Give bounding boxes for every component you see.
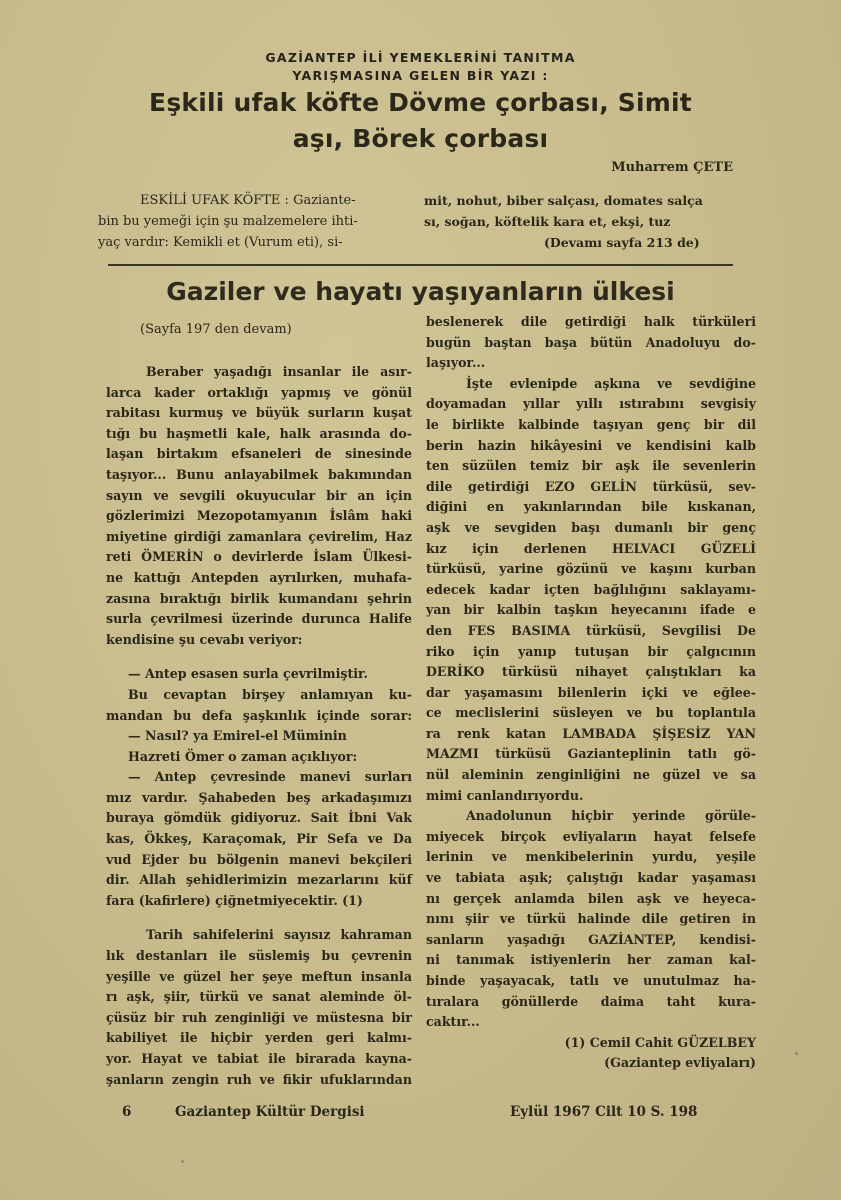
text-line: miyetine girdiği zamanlara çevirelim, Ha…: [106, 527, 412, 548]
text-line: mız vardır. Şahabeden beş arkadaşımızı: [106, 788, 412, 809]
article-left-column: Beraber yaşadığı insanlar ile asır-larca…: [106, 362, 412, 1090]
text-line: (1) Cemil Cahit GÜZELBEY: [426, 1033, 756, 1054]
text-line: mandan bu defa şaşkınlık içinde sorar:: [106, 706, 412, 727]
headline-line-1: Eşkili ufak köfte Dövme çorbası, Simit: [0, 88, 841, 117]
text-line: edecek kadar içten bağlılığını saklayamı…: [426, 580, 756, 601]
text-line: reti ÖMERİN o devirlerde İslam Ülkesi-: [106, 547, 412, 568]
text-line: taşıyor... Bunu anlayabilmek bakımından: [106, 465, 412, 486]
kicker-line-2: YARIŞMASINA GELEN BİR YAZI :: [0, 68, 841, 83]
text-line: larca kader ortaklığı yapmış ve gönül: [106, 383, 412, 404]
text-line: türküsü, yarine gözünü ve kaşını kurban: [426, 559, 756, 580]
text-line: Bu cevaptan birşey anlamıyan ku-: [106, 685, 412, 706]
text-line: dir. Allah şehidlerimizin mezarlarını kü…: [106, 870, 412, 891]
text-line: miyecek birçok evliyaların hayat felsefe: [426, 827, 756, 848]
text-line: kız için derlenen HELVACI GÜZELİ: [426, 539, 756, 560]
text-line: yor. Hayat ve tabiat ile birarada kayna-: [106, 1049, 412, 1070]
text-line: ni tanımak istiyenlerin her zaman kal-: [426, 950, 756, 971]
text-line: caktır...: [426, 1012, 756, 1033]
text-line: le birlikte kalbinde taşıyan genç bir di…: [426, 415, 756, 436]
text-line: Beraber yaşadığı insanlar ile asır-: [106, 362, 412, 383]
text-line: zasına bıraktığı birlik kumandanı şehrin: [106, 589, 412, 610]
text-line: Anadolunun hiçbir yerinde görüle-: [426, 806, 756, 827]
text-line: İşte evlenipde aşkına ve sevdiğine: [426, 374, 756, 395]
paper-speck: [181, 1160, 184, 1163]
section-divider: [108, 264, 733, 266]
text-line: dile getirdiği EZO GELİN türküsü, sev-: [426, 477, 756, 498]
text-line: yan bir kalbin taşkın heyecanını ifade e: [426, 600, 756, 621]
text-line: (Gaziantep evliyaları): [426, 1053, 756, 1074]
text-line: dar yaşamasını bilenlerin içki ve eğlee-: [426, 683, 756, 704]
text-line: tığı bu haşmetli kale, halk arasında do-: [106, 424, 412, 445]
text-line: berin hazin hikâyesini ve kendisini kalb: [426, 436, 756, 457]
text-line: laşıyor...: [426, 353, 756, 374]
text-line: nül aleminin zenginliğini ne güzel ve sa: [426, 765, 756, 786]
text-line: vud Ejder bu bölgenin manevi bekçileri: [106, 850, 412, 871]
text-line: beslenerek dile getirdiği halk türküleri: [426, 312, 756, 333]
text-line: buraya gömdük gidiyoruz. Sait İbni Vak: [106, 808, 412, 829]
text-line: diğini en yakınlarından bile kıskanan,: [426, 497, 756, 518]
text-line: ve tabiata aşık; çalıştığı kadar yaşamas…: [426, 868, 756, 889]
text-line: ce meclislerini süsleyen ve bu toplantıl…: [426, 703, 756, 724]
text-line: surla çevrilmesi üzerinde durunca Halife: [106, 609, 412, 630]
text-line: şanların zengin ruh ve fikir ufuklarında…: [106, 1070, 412, 1091]
text-line: ten süzülen temiz bir aşk ile sevenlerin: [426, 456, 756, 477]
paragraph-gap: [106, 650, 412, 664]
text-line: nı gerçek anlamda bilen aşk ve heyeca-: [426, 889, 756, 910]
text-line: rı aşk, şiir, türkü ve sanat aleminde öl…: [106, 987, 412, 1008]
headline-line-2: aşı, Börek çorbası: [0, 124, 841, 153]
text-line: Hazreti Ömer o zaman açıklıyor:: [106, 747, 412, 768]
text-line: bugün baştan başa bütün Anadoluyu do-: [426, 333, 756, 354]
text-line: tıralara gönüllerde daima taht kura-: [426, 992, 756, 1013]
text-line: doyamadan yıllar yıllı ıstırabını sevgis…: [426, 394, 756, 415]
text-line: sayın ve sevgili okuyucular bir an için: [106, 486, 412, 507]
continued-from-note: (Sayfa 197 den devam): [140, 320, 292, 341]
text-line: rabitası kurmuş ve büyük surların kuşat: [106, 403, 412, 424]
author-name: Muharrem ÇETE: [611, 160, 733, 175]
paper-speck: [795, 1052, 798, 1055]
text-line: kabiliyet ile hiçbir yerden geri kalmı-: [106, 1028, 412, 1049]
recipe-line: mit, nohut, biber salçası, domates salça: [424, 190, 744, 211]
text-line: laşan birtakım efsaneleri de sinesinde: [106, 444, 412, 465]
paper-speck: [617, 324, 620, 327]
text-line: riko için yanıp tutuşan bir çalgıcının: [426, 642, 756, 663]
text-line: MAZMI türküsü Gaziantepli­nin tatlı gö-: [426, 744, 756, 765]
text-line: — Antep esasen surla çevrilmiştir.: [106, 664, 412, 685]
text-line: kas, Ökkeş, Karaçomak, Pir Sefa ve Da: [106, 829, 412, 850]
text-line: aşk ve sevgiden başı dumanlı bir genç: [426, 518, 756, 539]
page-number: 6: [122, 1104, 131, 1120]
recipe-left-column: ESKİLİ UFAK KÖFTE : Gaziante- bin bu yem…: [104, 190, 414, 253]
recipe-right-column: mit, nohut, biber salçası, domates salça…: [424, 190, 744, 253]
article-title: Gaziler ve hayatı yaşıyanların ülkesi: [0, 277, 841, 306]
issue-info: Eylül 1967 Cilt 10 S. 198: [510, 1104, 697, 1120]
kicker-line-1: GAZİANTEP İLİ YEMEKLERİNİ TANITMA: [0, 50, 841, 65]
recipe-line: ESKİLİ UFAK KÖFTE : Gaziante-: [104, 190, 414, 211]
text-line: binde yaşayacak, tatlı ve unutulmaz ha-: [426, 971, 756, 992]
recipe-line: sı, soğan, köftelik kara et, ekşi, tuz: [424, 211, 744, 232]
text-line: ne kattığı Antepden ayrılırken, muhafa-: [106, 568, 412, 589]
recipe-continued-note: (Devamı sayfa 213 de): [424, 232, 744, 253]
paragraph-gap: [106, 911, 412, 925]
text-line: — Nasıl? ya Emirel-el Müminin: [106, 726, 412, 747]
text-line: sanların yaşadığı GAZİANTEP, kendisi-: [426, 930, 756, 951]
text-line: lık destanları ile süslemiş bu çevrenin: [106, 946, 412, 967]
text-line: çüsüz bir ruh zenginliği ve müstesna bir: [106, 1008, 412, 1029]
text-line: DERİKO türküsü nihayet çalıştıkları ka: [426, 662, 756, 683]
text-line: lerinin ve menkibelerinin yurdu, yeşile: [426, 847, 756, 868]
article-right-column: beslenerek dile getirdiği halk türküleri…: [426, 312, 756, 1074]
magazine-name: Gaziantep Kültür Dergisi: [175, 1104, 365, 1120]
text-line: den FES BASIMA türküsü, Sevgilisi De: [426, 621, 756, 642]
text-line: nını şiir ve türkü halinde dile getiren …: [426, 909, 756, 930]
recipe-line: yaç vardır: Kemikli et (Vurum eti), si-: [98, 232, 414, 253]
text-line: ra renk katan LAMBADA ŞİŞESİZ YAN: [426, 724, 756, 745]
text-line: gözlerimizi Mezopotamyanın İslâm haki: [106, 506, 412, 527]
text-line: — Antep çevresinde manevi surları: [106, 767, 412, 788]
text-line: yeşille ve güzel her şeye meftun insanla: [106, 967, 412, 988]
recipe-line: bin bu yemeği için şu malzemelere ihti-: [98, 211, 414, 232]
text-line: Tarih sahifelerini sayısız kahraman: [106, 925, 412, 946]
text-line: mimi canlandırıyordu.: [426, 786, 756, 807]
text-line: kendisine şu cevabı veriyor:: [106, 630, 412, 651]
magazine-page: GAZİANTEP İLİ YEMEKLERİNİ TANITMA YARIŞM…: [0, 0, 841, 1200]
text-line: fara (kafirlere) çiğnetmiyecektir. (1): [106, 891, 412, 912]
